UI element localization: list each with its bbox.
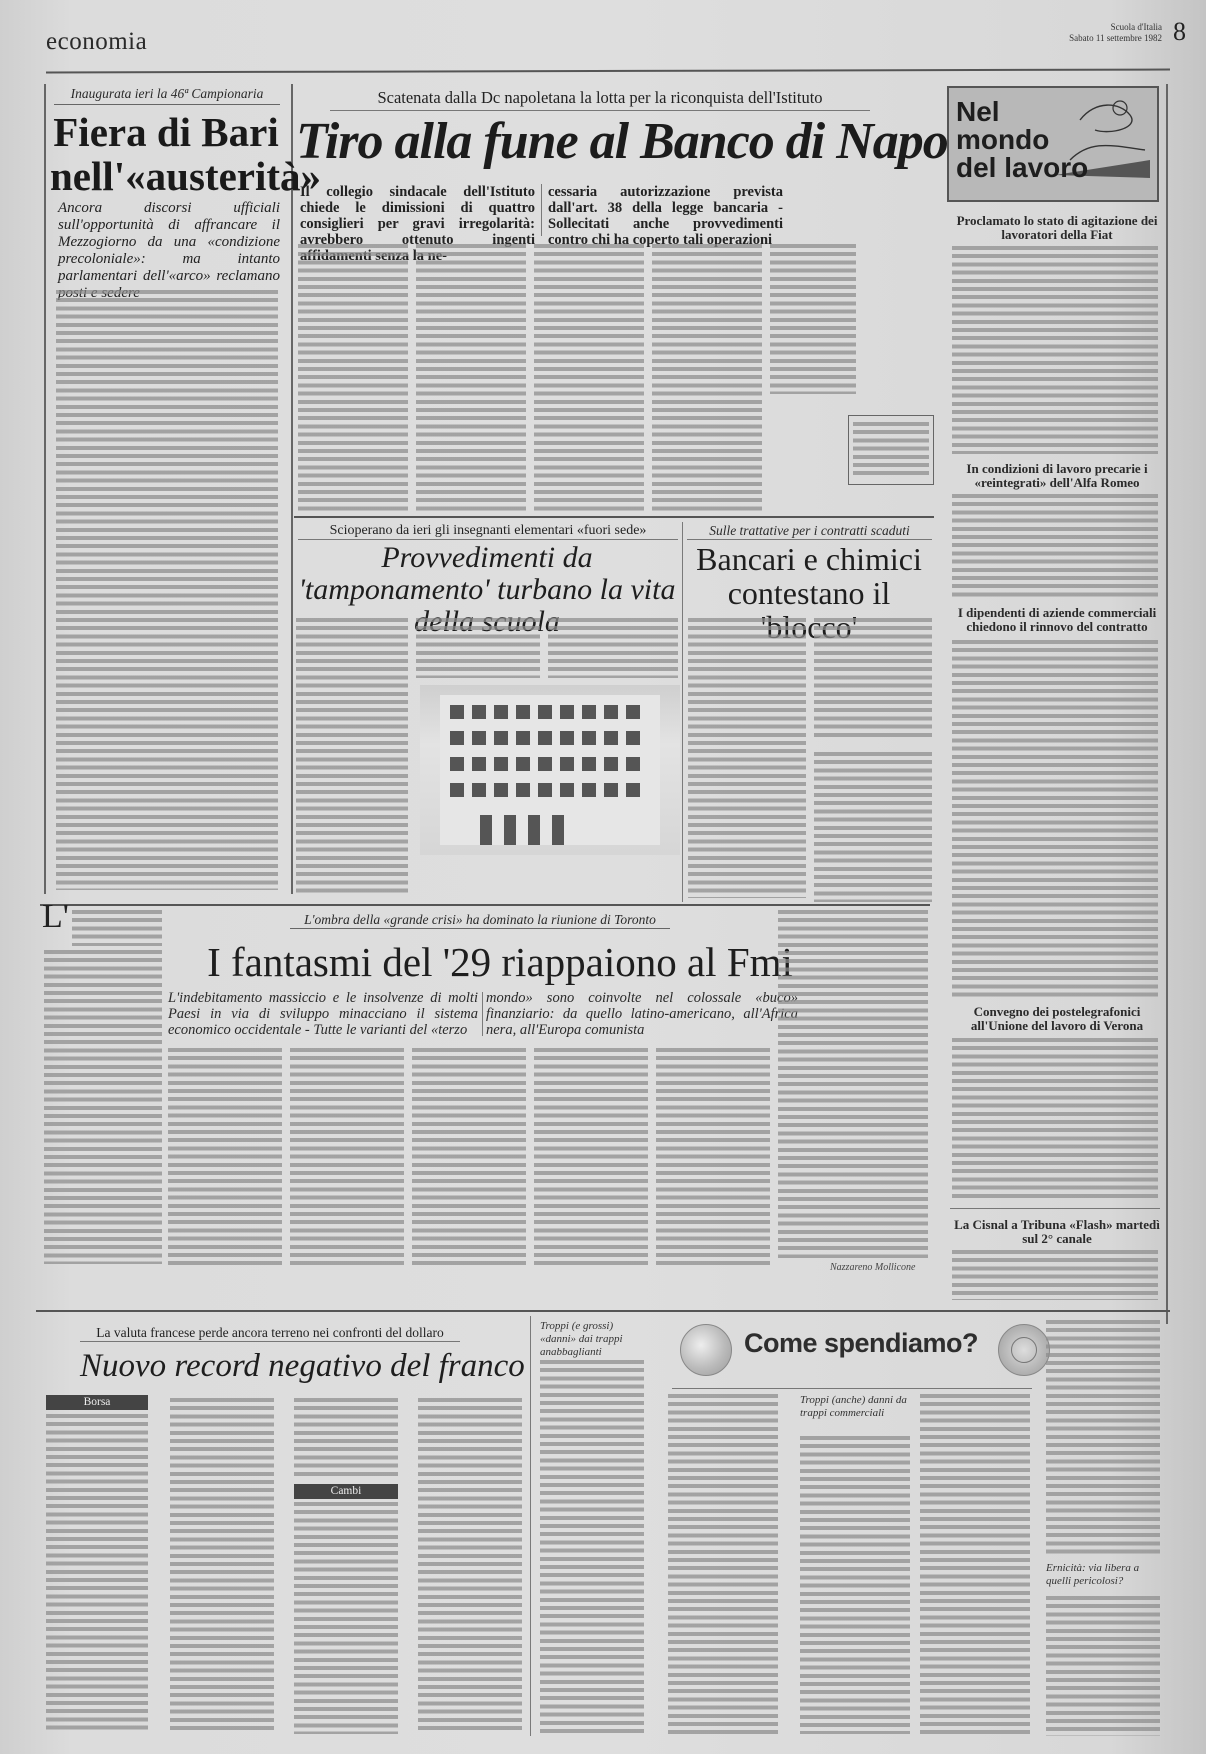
bancari-body-col-3 <box>814 752 932 902</box>
section-name: economia <box>46 28 147 56</box>
spendiamo-body-col-4 <box>920 1394 1030 1734</box>
franco-headline: Nuovo record negativo del franco <box>80 1348 500 1385</box>
banco-body-col-4 <box>652 244 762 512</box>
franco-body-col-1 <box>46 1414 148 1734</box>
scuola-body-col-2 <box>416 618 540 678</box>
lavoro-title-line-3: del lavoro <box>956 154 1088 182</box>
fmi-body-col-2 <box>168 1048 282 1266</box>
banco-bottom-rule <box>294 516 934 518</box>
seal-emblem-icon <box>998 1324 1050 1376</box>
column-divider <box>530 1316 531 1736</box>
banco-headline: Tiro alla fune al Banco di Napoli <box>296 112 936 171</box>
page-number: 8 <box>1173 17 1186 47</box>
fmi-body-col-5 <box>534 1048 648 1266</box>
fmi-kicker: L'ombra della «grande crisi» ha dominato… <box>290 912 670 929</box>
lavoro-item-body <box>952 494 1158 600</box>
lavoro-item-headline: Convegno dei postelegrafonici all'Unione… <box>952 1005 1162 1033</box>
banco-body-col-2 <box>416 244 526 512</box>
borsa-label: Borsa <box>46 1395 148 1410</box>
franco-body-col-4 <box>418 1398 522 1734</box>
fmi-deck-left: L'indebitamento massiccio e le insolvenz… <box>168 990 478 1038</box>
sidebar-rule <box>950 1208 1160 1209</box>
fmi-body-intro <box>72 910 162 946</box>
spendiamo-rule <box>672 1388 1032 1389</box>
inset-text <box>853 422 929 478</box>
spendiamo-subhead-2: Troppi (anche) danni da trappi commercia… <box>800 1394 910 1420</box>
bari-body-text <box>56 290 278 890</box>
lavoro-item-body <box>952 640 1158 1000</box>
scuola-kicker: Scioperano da ieri gli insegnanti elemen… <box>298 523 678 540</box>
spendiamo-subhead-3: Ernicità: via libera a quelli pericolosi… <box>1046 1562 1160 1588</box>
deck-divider <box>482 992 483 1036</box>
banco-body-col-3 <box>534 244 644 512</box>
lavoro-item-headline: La Cisnal a Tribuna «Flash» martedì sul … <box>952 1218 1162 1246</box>
lavoro-title-line-2: mondo <box>956 126 1088 154</box>
issue-date: Sabato 11 settembre 1982 <box>1069 33 1162 44</box>
spendiamo-subhead-1: Troppi (e grossi) «danni» dai trappi ana… <box>540 1320 644 1359</box>
franco-body-col-3a <box>294 1398 398 1478</box>
fmi-body-col-6 <box>656 1048 770 1266</box>
franco-body-col-3b <box>294 1502 398 1734</box>
school-building-photo <box>420 685 680 855</box>
bari-kicker: Inaugurata ieri la 46ª Campionaria <box>54 86 280 105</box>
franco-body-col-2 <box>170 1398 274 1734</box>
drop-cap: L' <box>42 898 69 936</box>
banco-deck-right: cessaria autorizzazione prevista dall'ar… <box>548 184 783 248</box>
paper-title: Scuola d'Italia <box>1069 22 1162 33</box>
franco-kicker: La valuta francese perde ancora terreno … <box>80 1325 460 1342</box>
spendiamo-body-col-1 <box>540 1360 644 1736</box>
banco-kicker: Scatenata dalla Dc napoletana la lotta p… <box>330 88 870 111</box>
scuola-body-col-3 <box>548 618 678 678</box>
fmi-headline: I fantasmi del '29 riappaiono al Fmi <box>180 938 820 986</box>
fmi-deck-right: mondo» sono coinvolte nel colossale «buc… <box>486 990 798 1038</box>
banco-body-col-1 <box>298 244 408 512</box>
column-divider <box>682 522 683 902</box>
top-rule <box>46 69 1170 74</box>
fmi-top-rule <box>40 904 930 906</box>
paper-meta: Scuola d'Italia Sabato 11 settembre 1982 <box>1069 22 1162 44</box>
lavoro-item-headline: I dipendenti di aziende commerciali chie… <box>952 606 1162 634</box>
bancari-body-col-1 <box>688 618 806 898</box>
fmi-body-col-4 <box>412 1048 526 1266</box>
lavoro-title: Nel mondo del lavoro <box>956 98 1088 182</box>
coin-emblem-icon <box>680 1324 732 1376</box>
spendiamo-body-col-3 <box>800 1436 910 1734</box>
newspaper-page: economia Scuola d'Italia Sabato 11 sette… <box>0 0 1206 1754</box>
spendiamo-body-col-2 <box>668 1394 778 1734</box>
lavoro-item-body <box>952 1038 1158 1198</box>
fmi-body-col-7 <box>778 910 928 1258</box>
lavoro-item-body <box>952 246 1158 454</box>
fmi-body-col-3 <box>290 1048 404 1266</box>
lavoro-item-body <box>952 1250 1158 1300</box>
bancari-kicker: Sulle trattative per i contratti scaduti <box>687 523 932 540</box>
scuola-body-col-1 <box>296 618 408 896</box>
fmi-byline: Nazzareno Mollicone <box>830 1262 915 1273</box>
spendiamo-headline: Come spendiamo? <box>744 1328 978 1359</box>
bari-headline: Fiera di Bari nell'«austerità» <box>50 110 282 198</box>
deck-divider <box>541 184 542 236</box>
building-image <box>420 685 680 855</box>
bari-deck: Ancora discorsi ufficiali sull'opportuni… <box>58 200 280 302</box>
cambi-label: Cambi <box>294 1484 398 1499</box>
lavoro-item-headline: Proclamato lo stato di agitazione dei la… <box>952 214 1162 242</box>
fmi-body-col-1 <box>44 950 162 1264</box>
spendiamo-body-col-6 <box>1046 1596 1160 1736</box>
lavoro-title-line-1: Nel <box>956 98 1088 126</box>
lavoro-item-headline: In condizioni di lavoro precarie i «rein… <box>952 462 1162 490</box>
banco-body-col-5 <box>770 244 856 394</box>
bottom-section-rule <box>36 1310 1170 1312</box>
banco-inset-box <box>848 415 934 485</box>
spendiamo-body-col-5 <box>1046 1320 1160 1556</box>
bancari-body-col-2 <box>814 618 932 738</box>
